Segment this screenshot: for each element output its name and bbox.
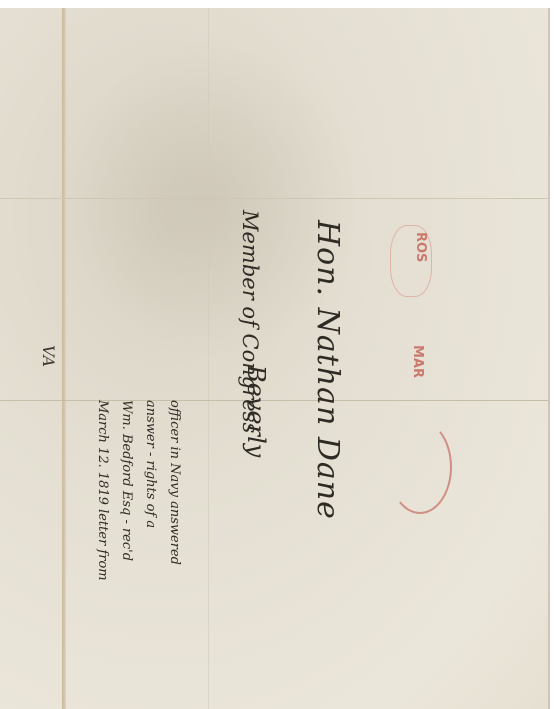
postmark-circle bbox=[388, 420, 452, 514]
postmark-text-top: ROS bbox=[413, 232, 428, 262]
address-line-town: Beverly bbox=[242, 365, 270, 457]
fold-line-vertical-2 bbox=[208, 8, 209, 709]
fold-line-horizontal bbox=[0, 198, 548, 199]
margin-mark: VA bbox=[39, 345, 58, 367]
fold-line-horizontal-2 bbox=[0, 400, 548, 401]
postmark-text-date: MAR bbox=[410, 345, 425, 378]
address-line-name: Hon. Nathan Dane bbox=[310, 220, 345, 520]
docket-line-1: March 12. 1819 letter from bbox=[95, 400, 110, 581]
docket-line-4: officer in Navy answered bbox=[167, 400, 182, 565]
docket-line-3: answer - rights of a bbox=[143, 400, 158, 528]
fold-line-vertical bbox=[62, 8, 66, 709]
docket-line-2: Wm. Bedford Esq - rec'd bbox=[119, 400, 134, 561]
